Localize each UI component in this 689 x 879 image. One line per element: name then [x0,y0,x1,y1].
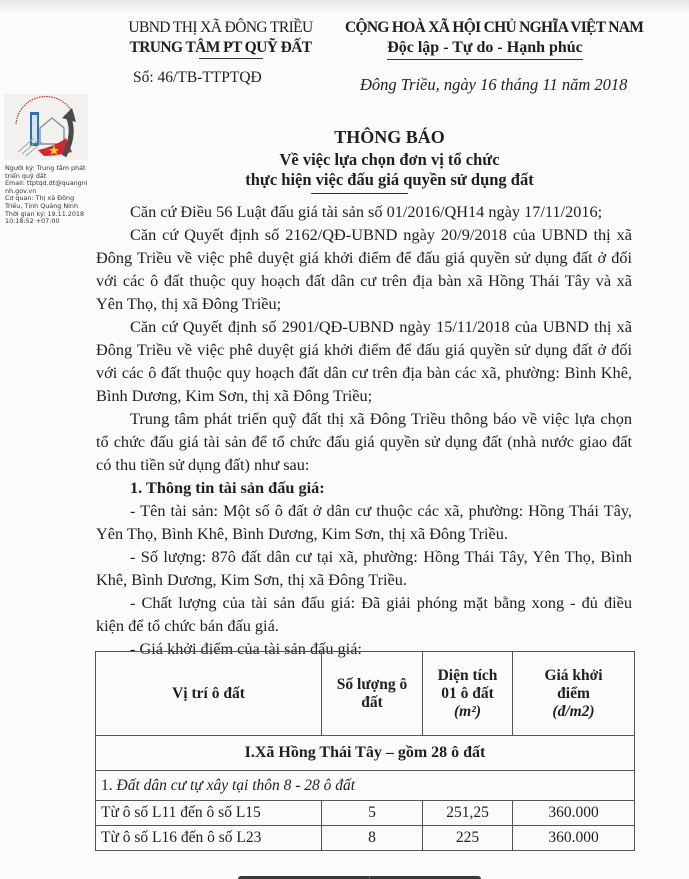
price-header-unit: (đ/m2) [518,703,629,721]
notice-title: THÔNG BÁO [45,127,689,148]
cell-price: 360.000 [513,826,635,851]
cell-area: 251,25 [423,801,513,826]
legal-basis-2: Căn cứ Quyết định số 2162/QĐ-UBND ngày 2… [96,223,632,315]
table-row: Từ ô số L16 đến ô số L23 8 225 360.000 [96,826,635,851]
notice-subtitle-2: thực hiện việc đấu giá quyền sử dụng đất [45,170,689,190]
legal-basis-3: Căn cứ Quyết định số 2901/QĐ-UBND ngày 1… [96,315,632,407]
nation-name: CỘNG HOÀ XÃ HỘI CHỦ NGHĨA VIỆT NAM [345,18,625,38]
subsection-text: Đất dân cư tự xây tại thôn 8 - 28 ô đất [117,777,356,794]
subsection-label: 1. Đất dân cư tự xây tại thôn 8 - 28 ô đ… [96,771,635,801]
price-header-line-1: Giá khởi [518,667,629,685]
notice-subtitle-1: Về việc lựa chọn đơn vị tổ chức [45,150,689,170]
place-and-date: Đông Triều, ngày 16 tháng 11 năm 2018 [360,75,627,95]
section-1-heading: 1. Thông tin tài sản đấu giá: [96,476,632,499]
col-location-header: Vị trí ô đất [96,652,322,736]
agency-underline [199,58,263,59]
cell-price: 360.000 [513,801,635,826]
cell-quantity: 5 [322,801,423,826]
asset-quantity-item: - Số lượng: 87ô đất dân cư tại xã, phườn… [96,545,632,591]
agency-line-2: TRUNG TÂM PT QUỸ ĐẤT [128,38,313,58]
page-top-shadow [0,0,689,14]
cell-location: Từ ô số L11 đến ô số L15 [96,801,322,826]
table-section-row: I.Xã Hồng Thái Tây – gồm 28 ô đất [96,736,635,771]
national-motto: Độc lập - Tự do - Hạnh phúc [387,38,583,60]
issuing-agency-block: UBND THỊ XÃ ĐÔNG TRIỀU TRUNG TÂM PT QUỸ … [128,18,313,59]
asset-quality-item: - Chất lượng của tài sản đấu giá: Đã giả… [96,591,632,637]
col-quantity-header: Số lượng ô đất [322,652,423,736]
cell-location: Từ ô số L16 đến ô số L23 [96,826,322,851]
announcement-paragraph: Trung tâm phát triển quỹ đất thị xã Đông… [96,407,632,476]
table-subsection-row: 1. Đất dân cư tự xây tại thôn 8 - 28 ô đ… [96,771,635,801]
title-underline [311,193,408,194]
agency-line: Cơ quan: Thị xã Đông Triều, Tỉnh Quảng N… [5,195,91,210]
cell-quantity: 8 [322,826,423,851]
subsection-number: 1. [101,777,117,794]
signing-time-line: Thời gian ký: 19.11.2018 10:18:52 +07:00 [5,211,91,226]
asset-name-item: - Tên tài sản: Một số ô đất ở dân cư thu… [96,499,632,545]
cell-area: 225 [423,826,513,851]
area-header-unit: (m²) [428,703,507,721]
price-header-line-2: điểm [518,685,629,703]
starting-price-table: Vị trí ô đất Số lượng ô đất Diện tích 01… [95,651,635,851]
table-header-row: Vị trí ô đất Số lượng ô đất Diện tích 01… [96,652,635,736]
area-header-line-2: 01 ô đất [428,685,507,703]
col-price-header: Giá khởi điểm (đ/m2) [513,652,635,736]
legal-basis-1: Căn cứ Điều 56 Luật đấu giá tài sản số 0… [96,200,632,223]
section-commune-label: I.Xã Hồng Thái Tây – gồm 28 ô đất [96,736,635,771]
notice-body: Căn cứ Điều 56 Luật đấu giá tài sản số 0… [96,200,632,660]
table-row: Từ ô số L11 đến ô số L15 5 251,25 360.00… [96,801,635,826]
national-header-block: CỘNG HOÀ XÃ HỘI CHỦ NGHĨA VIỆT NAM Độc l… [345,18,625,60]
col-area-header: Diện tích 01 ô đất (m²) [423,652,513,736]
area-header-line-1: Diện tích [428,667,507,685]
document-number: Số: 46/TB-TTPTQĐ [133,69,262,87]
agency-line-1: UBND THỊ XÃ ĐÔNG TRIỀU [128,18,313,38]
